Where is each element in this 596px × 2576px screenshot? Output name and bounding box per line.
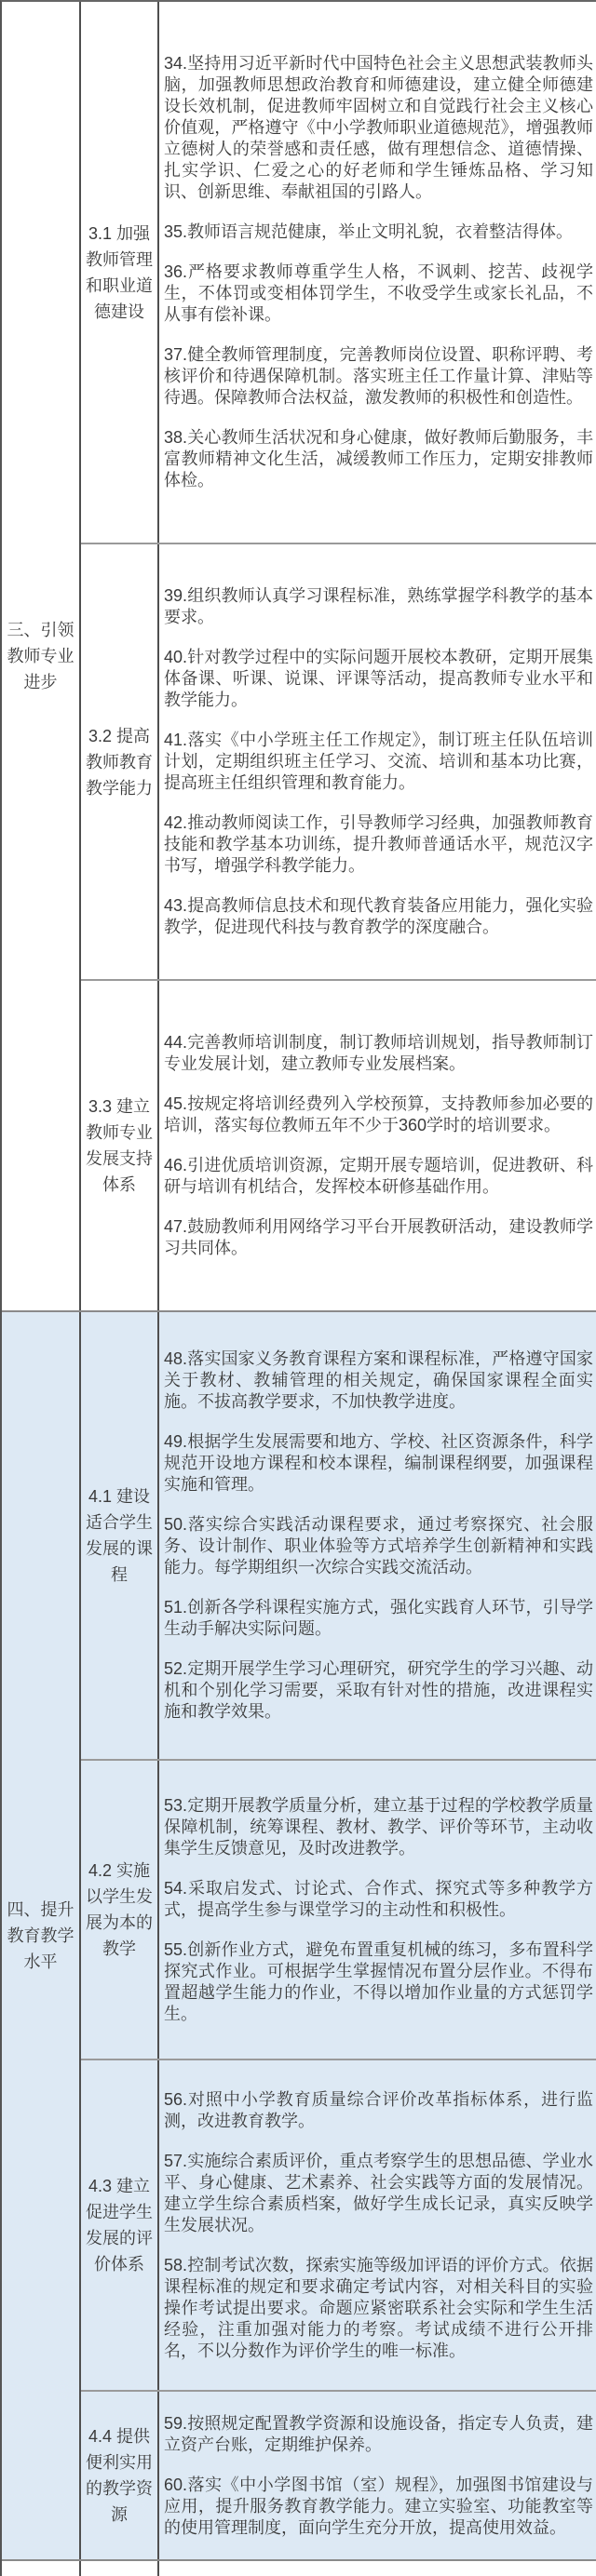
item-45: 45.按规定将培训经费列入学校预算，支持教师参加必要的培训，落实每位教师五年不少… [164,1093,593,1136]
row-4-4: 4.4 提供便利实用的教学资源 59.按照规定配置教学资源和设施设备，指定专人负… [81,2390,596,2559]
item-36: 36.严格要求教师尊重学生人格，不讽刺、挖苦、歧视学生，不体罚或变相体罚学生，不… [164,262,593,326]
row-3-3-items: 44.完善教师培训制度，制订教师培训规划，指导教师制订专业发展计划，建立教师专业… [159,981,596,1310]
row-3-2-label: 3.2 提高教师教育教学能力 [83,723,156,801]
item-60: 60.落实《中小学图书馆（室）规程》，加强图书馆建设与应用，提升服务教育教学能力… [164,2475,593,2539]
row-4-3: 4.3 建立促进学生发展的评价体系 56.对照中小学教育质量综合评价改革指标体系… [81,2059,596,2390]
row-4-2-label-cell: 4.2 实施以学生发展为本的教学 [81,1761,159,2059]
row-3-3-label: 3.3 建立教师专业发展支持体系 [83,1093,156,1198]
item-38: 38.关心教师生活状况和身心健康，做好教师后勤服务，丰富教师精神文化生活，减缓教… [164,427,593,491]
row-3-1-label: 3.1 加强教师管理和职业道德建设 [83,221,156,325]
section-3-title-cell: 三、引领教师专业进步 [2,2,81,1310]
item-41: 41.落实《中小学班主任工作规定》，制订班主任队伍培训计划，定期组织班主任学习、… [164,730,593,794]
next-section-stub [2,2559,596,2576]
item-55: 55.创新作业方式，避免布置重复机械的练习，多布置科学探究式作业。可根据学生掌握… [164,1939,593,2025]
row-3-1: 3.1 加强教师管理和职业道德建设 34.坚持用习近平新时代中国特色社会主义思想… [81,2,596,543]
row-4-1-items: 48.落实国家义务教育课程方案和课程标准，严格遵守国家关于教材、教辅管理的相关规… [159,1312,596,1759]
section-4-rows: 4.1 建设适合学生发展的课程 48.落实国家义务教育课程方案和课程标准，严格遵… [81,1312,596,2559]
item-46: 46.引进优质培训资源，定期开展专题培训，促进教研、科研与培训有机结合，发挥校本… [164,1155,593,1198]
section-4-title: 四、提升教育教学水平 [6,1897,76,1975]
row-4-1: 4.1 建设适合学生发展的课程 48.落实国家义务教育课程方案和课程标准，严格遵… [81,1312,596,1759]
section-4-title-cell: 四、提升教育教学水平 [2,1312,81,2559]
item-56: 56.对照中小学教育质量综合评价改革指标体系，进行监测，改进教育教学。 [164,2089,593,2132]
row-3-3: 3.3 建立教师专业发展支持体系 44.完善教师培训制度，制订教师培训规划，指导… [81,979,596,1310]
row-3-1-label-cell: 3.1 加强教师管理和职业道德建设 [81,2,159,543]
section-4-group: 四、提升教育教学水平 4.1 建设适合学生发展的课程 48.落实国家义务教育课程… [2,1310,596,2559]
section-3-rows: 3.1 加强教师管理和职业道德建设 34.坚持用习近平新时代中国特色社会主义思想… [81,2,596,1310]
assessment-table: 三、引领教师专业进步 3.1 加强教师管理和职业道德建设 34.坚持用习近平新时… [0,0,596,2576]
stub-items-cell [159,2561,596,2576]
section-3-group: 三、引领教师专业进步 3.1 加强教师管理和职业道德建设 34.坚持用习近平新时… [2,2,596,1310]
stub-label-cell [81,2561,159,2576]
row-4-4-items: 59.按照规定配置教学资源和设施设备，指定专人负责，建立资产台账，定期维护保养。… [159,2392,596,2559]
row-3-2: 3.2 提高教师教育教学能力 39.组织教师认真学习课程标准，熟练掌握学科教学的… [81,543,596,979]
item-58: 58.控制考试次数，探索实施等级加评语的评价方式。依据课程标准的规定和要求确定考… [164,2255,593,2362]
item-49: 49.根据学生发展需要和地方、学校、社区资源条件，科学规范开设地方课程和校本课程… [164,1431,593,1496]
item-54: 54.采取启发式、讨论式、合作式、探究式等多种教学方式，提高学生参与课堂学习的主… [164,1878,593,1921]
item-47: 47.鼓励教师利用网络学习平台开展教研活动，建设教师学习共同体。 [164,1216,593,1259]
item-39: 39.组织教师认真学习课程标准，熟练掌握学科教学的基本要求。 [164,585,593,628]
item-53: 53.定期开展教学质量分析，建立基于过程的学校教学质量保障机制，统筹课程、教材、… [164,1795,593,1859]
row-4-2: 4.2 实施以学生发展为本的教学 53.定期开展教学质量分析，建立基于过程的学校… [81,1759,596,2059]
row-4-4-label: 4.4 提供便利实用的教学资源 [83,2423,156,2528]
item-50: 50.落实综合实践活动课程要求，通过考察探究、社会服务、设计制作、职业体验等方式… [164,1514,593,1578]
stub-row [81,2561,596,2576]
row-3-3-label-cell: 3.3 建立教师专业发展支持体系 [81,981,159,1310]
row-4-3-items: 56.对照中小学教育质量综合评价改革指标体系，进行监测，改进教育教学。 57.实… [159,2060,596,2390]
item-57: 57.实施综合素质评价，重点考察学生的思想品德、学业水平、身心健康、艺术素养、社… [164,2151,593,2236]
row-4-3-label-cell: 4.3 建立促进学生发展的评价体系 [81,2060,159,2390]
stub-rows [81,2561,596,2576]
row-3-1-items: 34.坚持用习近平新时代中国特色社会主义思想武装教师头脑，加强教师思想政治教育和… [159,2,596,543]
section-3-title: 三、引领教师专业进步 [6,617,76,695]
item-44: 44.完善教师培训制度，制订教师培训规划，指导教师制订专业发展计划，建立教师专业… [164,1032,593,1075]
item-34: 34.坚持用习近平新时代中国特色社会主义思想武装教师头脑，加强教师思想政治教育和… [164,53,593,203]
row-4-3-label: 4.3 建立促进学生发展的评价体系 [83,2173,156,2277]
row-4-4-label-cell: 4.4 提供便利实用的教学资源 [81,2392,159,2559]
item-52: 52.定期开展学生学习心理研究，研究学生的学习兴趣、动机和个别化学习需要，采取有… [164,1658,593,1723]
item-40: 40.针对教学过程中的实际问题开展校本教研，定期开展集体备课、听课、说课、评课等… [164,647,593,711]
row-4-1-label-cell: 4.1 建设适合学生发展的课程 [81,1312,159,1759]
row-4-1-label: 4.1 建设适合学生发展的课程 [83,1483,156,1588]
row-4-2-items: 53.定期开展教学质量分析，建立基于过程的学校教学质量保障机制，统筹课程、教材、… [159,1761,596,2059]
item-42: 42.推动教师阅读工作，引导教师学习经典，加强教师教育技能和教学基本功训练，提升… [164,812,593,877]
row-3-2-items: 39.组织教师认真学习课程标准，熟练掌握学科教学的基本要求。 40.针对教学过程… [159,544,596,979]
item-48: 48.落实国家义务教育课程方案和课程标准，严格遵守国家关于教材、教辅管理的相关规… [164,1348,593,1413]
stub-title-cell [2,2561,81,2576]
item-43: 43.提高教师信息技术和现代教育装备应用能力，强化实验教学，促进现代科技与教育教… [164,895,593,938]
item-35: 35.教师语言规范健康，举止文明礼貌，衣着整洁得体。 [164,221,593,243]
row-3-2-label-cell: 3.2 提高教师教育教学能力 [81,544,159,979]
row-4-2-label: 4.2 实施以学生发展为本的教学 [83,1858,156,1962]
item-51: 51.创新各学科课程实施方式，强化实践育人环节，引导学生动手解决实际问题。 [164,1597,593,1640]
item-37: 37.健全教师管理制度，完善教师岗位设置、职称评聘、考核评价和待遇保障机制。落实… [164,344,593,409]
item-59: 59.按照规定配置教学资源和设施设备，指定专人负责，建立资产台账，定期维护保养。 [164,2413,593,2456]
